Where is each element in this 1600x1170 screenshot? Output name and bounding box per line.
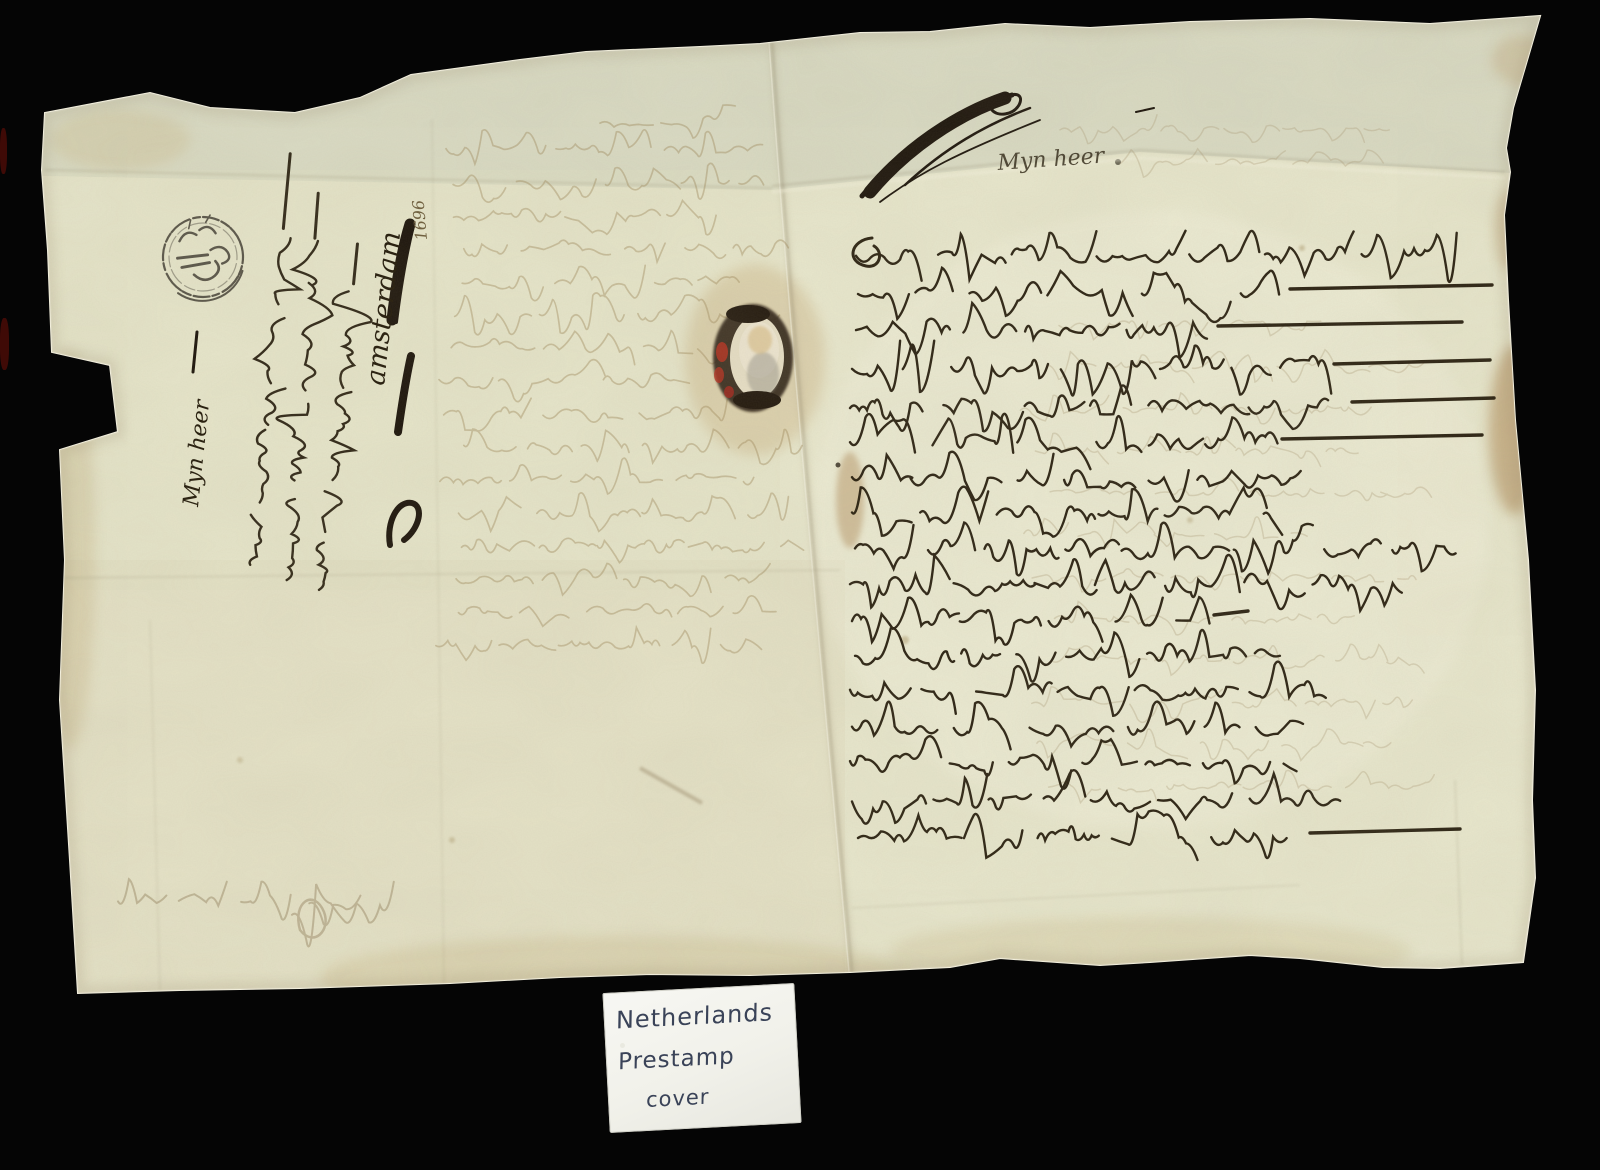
letter-svg: 1696 Myn heer amsterdam Myn heer	[0, 0, 1600, 1170]
film-edge-artifact	[0, 318, 9, 370]
label-line-country: Netherlands	[616, 993, 788, 1039]
dust-speck	[620, 1043, 625, 1048]
film-edge-artifact	[0, 128, 7, 174]
photo-of-letter: 1696 Myn heer amsterdam Myn heer Netherl…	[0, 0, 1600, 1170]
label-line-category: Prestamp	[618, 1037, 790, 1082]
catalog-label: Netherlands Prestamp cover	[602, 983, 801, 1133]
paper-grain	[0, 0, 1600, 1170]
label-line-type: cover	[646, 1076, 792, 1116]
